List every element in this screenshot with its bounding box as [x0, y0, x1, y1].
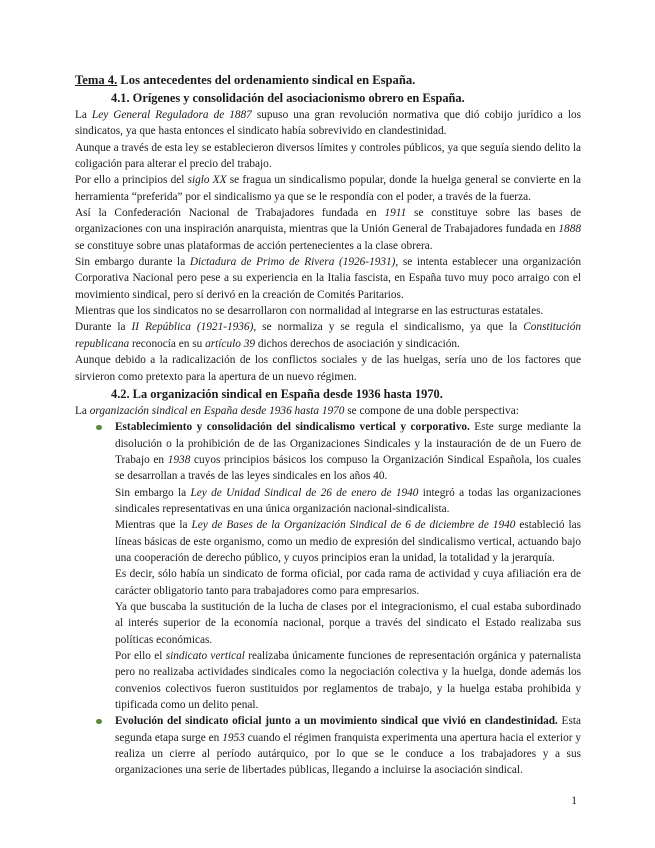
list-item-continuation: Por ello el sindicato vertical realizaba…	[75, 648, 581, 713]
text-run: se constituye sobre unas plataformas de …	[75, 240, 433, 252]
text-run: Los antecedentes del ordenamiento sindic…	[117, 73, 415, 87]
page-number: 1	[571, 793, 577, 809]
list-item-continuation: Ya que buscaba la sustitución de la luch…	[75, 599, 581, 648]
text-run: siglo XX	[188, 174, 227, 186]
paragraph: Por ello a principios del siglo XX se fr…	[75, 172, 581, 205]
paragraph: Mientras que los sindicatos no se desarr…	[75, 303, 581, 319]
text-run: 4.2. La organización sindical en España …	[111, 387, 443, 401]
text-run: Sin embargo la	[115, 487, 191, 499]
text-run: Ley de Bases de la Organización Sindical…	[191, 519, 515, 531]
text-run: Por ello a principios del	[75, 174, 188, 186]
text-run: Por ello el	[115, 650, 166, 662]
text-run: La	[75, 109, 92, 121]
paragraph: Aunque debido a la radicalización de los…	[75, 352, 581, 385]
text-run: 1888	[558, 223, 581, 235]
text-run: organización sindical en España desde 19…	[90, 405, 345, 417]
section-heading: 4.2. La organización sindical en España …	[75, 385, 581, 403]
text-run: Durante la	[75, 321, 132, 333]
text-run: Aunque debido a la radicalización de los…	[75, 354, 581, 382]
paragraph: Aunque a través de esta ley se estableci…	[75, 140, 581, 173]
paragraph: Sin embargo durante la Dictadura de Prim…	[75, 254, 581, 303]
bullet-icon	[96, 719, 102, 725]
text-run: Aunque a través de esta ley se estableci…	[75, 142, 581, 170]
text-run: II República (1921-1936),	[132, 321, 257, 333]
text-run: La	[75, 405, 90, 417]
page-title: Tema 4. Los antecedentes del ordenamient…	[75, 71, 581, 89]
text-run: Tema 4.	[75, 73, 117, 87]
text-run: Así la Confederación Nacional de Trabaja…	[75, 207, 385, 219]
text-run: se compone de una doble perspectiva:	[344, 405, 518, 417]
text-run: artículo 39	[205, 338, 255, 350]
document-blocks: Tema 4. Los antecedentes del ordenamient…	[75, 71, 581, 779]
text-run: Dictadura de Primo de Rivera (1926-1931)…	[190, 256, 398, 268]
text-run: 1953	[222, 732, 245, 744]
paragraph: Así la Confederación Nacional de Trabaja…	[75, 205, 581, 254]
text-run: 1938	[168, 454, 191, 466]
section-heading: 4.1. Orígenes y consolidación del asocia…	[75, 89, 581, 107]
text-run: se normaliza y se regula el sindicalismo…	[256, 321, 523, 333]
list-item-continuation: Mientras que la Ley de Bases de la Organ…	[75, 517, 581, 566]
text-run: sindicato vertical	[166, 650, 245, 662]
text-run: Mientras que los sindicatos no se desarr…	[75, 305, 543, 317]
text-run: Es decir, sólo había un sindicato de for…	[115, 568, 581, 596]
text-run: Sin embargo durante la	[75, 256, 190, 268]
paragraph: Durante la II República (1921-1936), se …	[75, 319, 581, 352]
text-run: Ley de Unidad Sindical de 26 de enero de…	[191, 487, 419, 499]
text-run: Evolución del sindicato oficial junto a …	[115, 715, 558, 727]
list-item: Establecimiento y consolidación del sind…	[75, 419, 581, 484]
text-run: 4.1. Orígenes y consolidación del asocia…	[111, 91, 465, 105]
paragraph: La organización sindical en España desde…	[75, 403, 581, 419]
text-run: 1911	[385, 207, 407, 219]
list-item-continuation: Es decir, sólo había un sindicato de for…	[75, 566, 581, 599]
text-run: Ya que buscaba la sustitución de la luch…	[115, 601, 581, 646]
document-page: Tema 4. Los antecedentes del ordenamient…	[0, 0, 655, 848]
text-run: Ley General Reguladora de 1887	[92, 109, 252, 121]
text-run: reconocía en su	[129, 338, 205, 350]
text-run: Establecimiento y consolidación del sind…	[115, 421, 470, 433]
paragraph: La Ley General Reguladora de 1887 supuso…	[75, 107, 581, 140]
list-item-continuation: Sin embargo la Ley de Unidad Sindical de…	[75, 485, 581, 518]
list-item: Evolución del sindicato oficial junto a …	[75, 713, 581, 778]
bullet-icon	[96, 425, 102, 431]
text-run: Mientras que la	[115, 519, 191, 531]
text-run: dichos derechos de asociación y sindicac…	[255, 338, 460, 350]
